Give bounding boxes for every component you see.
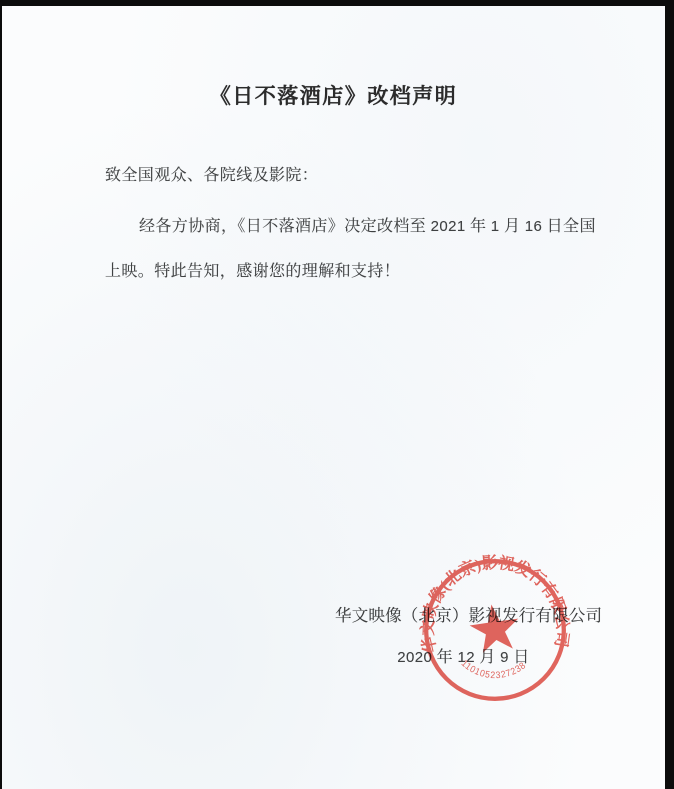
- signature-company-line: 华文映像（北京）影视发行有限公司: [335, 602, 602, 626]
- signature-date-line: 2020 年 12 月 9 日: [335, 644, 592, 667]
- salutation-line: 致全国观众、各院线及影院：: [105, 162, 318, 185]
- sign-day: 9: [500, 649, 509, 666]
- company-seal-stamp: 华文映像(北京)影视发行有限公司 1101052327238: [409, 544, 581, 716]
- date-text-segment: 月: [475, 649, 500, 666]
- release-day: 16: [525, 218, 543, 235]
- body-line-1: 经各方协商，《日不落酒店》决定改档至 2021 年 1 月 16 日全国: [139, 213, 596, 236]
- scan-edge-top: [0, 0, 674, 6]
- body-text-segment: 日全国: [542, 218, 596, 235]
- scan-edge-right: [665, 0, 674, 789]
- body-line-2: 上映。特此告知，感谢您的理解和支持！: [105, 258, 400, 281]
- release-year: 2021: [431, 218, 466, 235]
- scanned-document-page: 《日不落酒店》改档声明 致全国观众、各院线及影院： 经各方协商，《日不落酒店》决…: [0, 0, 674, 789]
- body-text-segment: 月: [500, 218, 525, 235]
- body-text-segment: 年: [466, 218, 491, 235]
- scan-edge-left: [0, 0, 2, 789]
- sign-month: 12: [457, 649, 475, 666]
- seal-ring: [426, 561, 564, 699]
- document-title: 《日不落酒店》改档声明: [2, 80, 665, 110]
- date-text-segment: 年: [432, 649, 457, 666]
- body-text-segment: 经各方协商，《日不落酒店》决定改档至: [139, 218, 431, 235]
- seal-graphic: 华文映像(北京)影视发行有限公司 1101052327238: [409, 544, 581, 716]
- paper-sheet: 《日不落酒店》改档声明 致全国观众、各院线及影院： 经各方协商，《日不落酒店》决…: [2, 6, 665, 789]
- release-month: 1: [491, 218, 500, 235]
- date-text-segment: 日: [509, 649, 530, 666]
- sign-year: 2020: [397, 649, 432, 666]
